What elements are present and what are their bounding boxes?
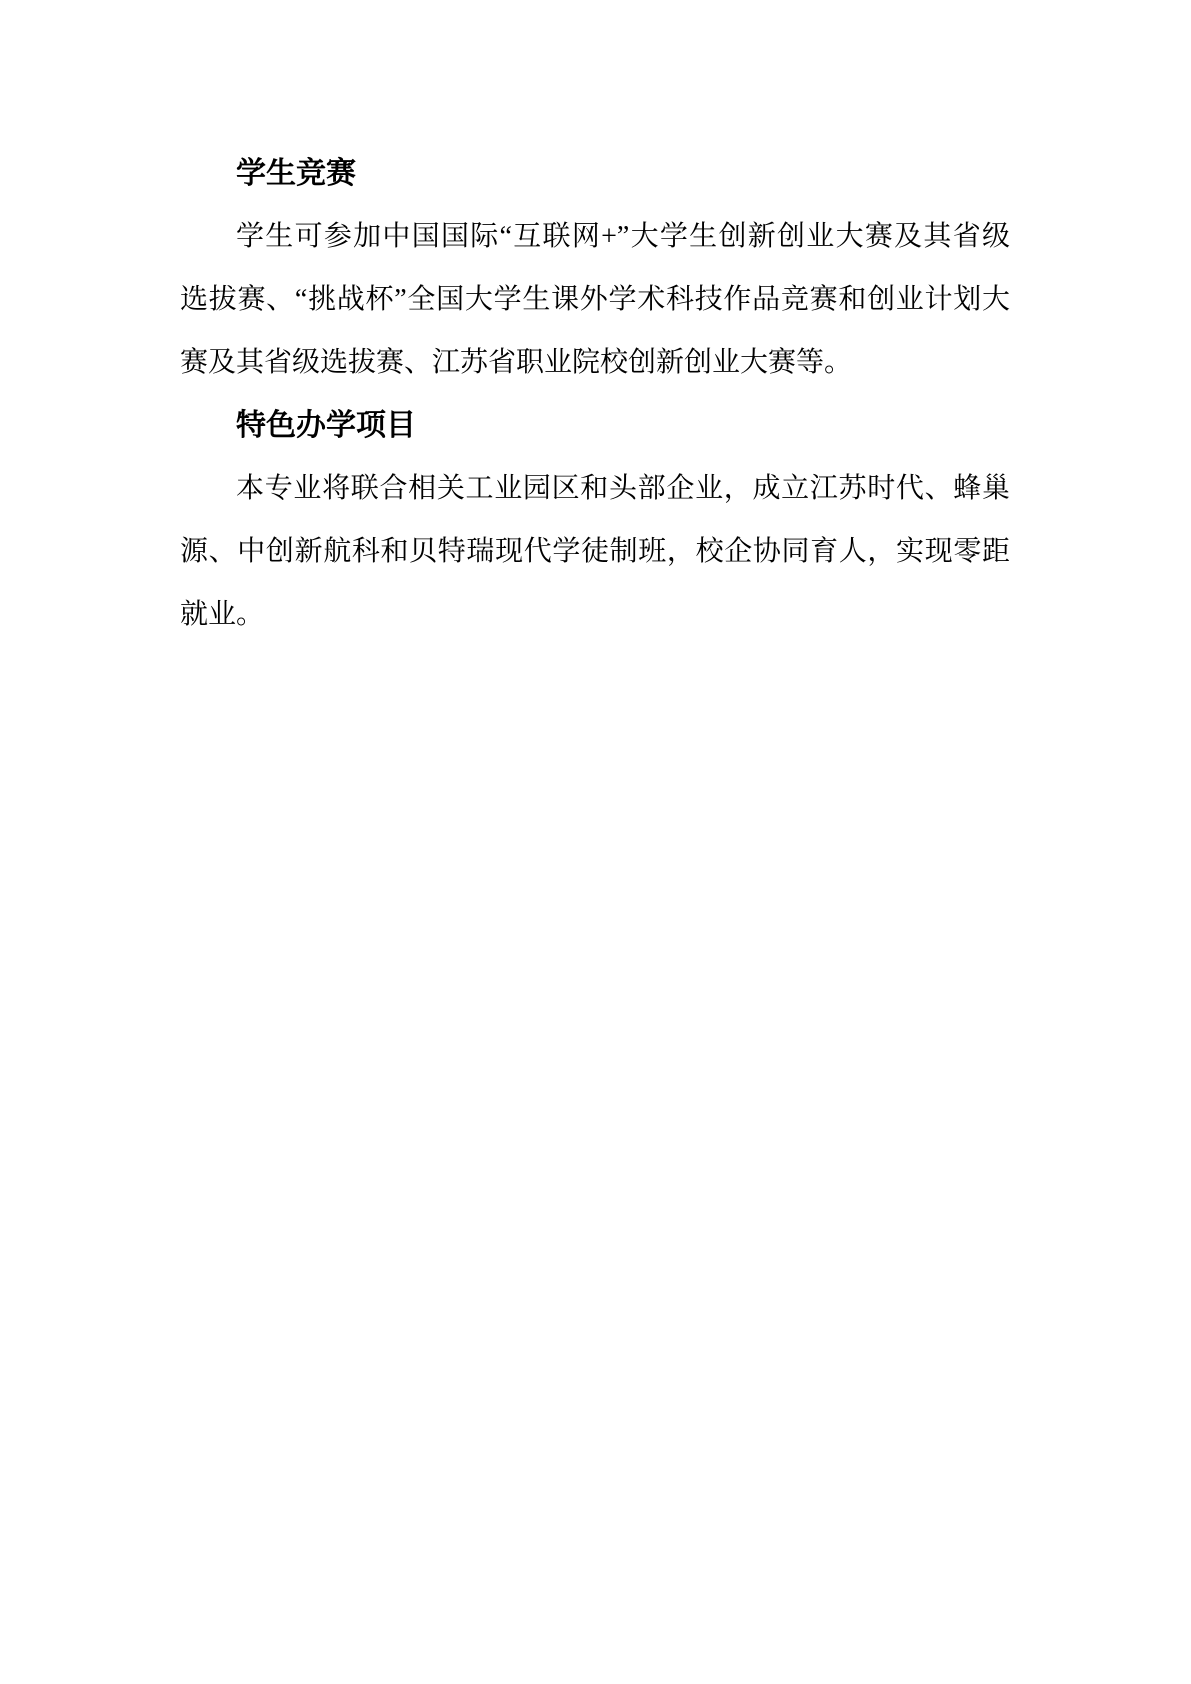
document-page: 学生竞赛 学生可参加中国国际“互联网+”大学生创新创业大赛及其省级 选拔赛、“挑…	[0, 0, 1191, 1684]
paragraph1-line1: 学生可参加中国国际“互联网+”大学生创新创业大赛及其省级	[180, 205, 1010, 268]
heading-student-competitions: 学生竞赛	[180, 142, 1010, 205]
document-body: 学生竞赛 学生可参加中国国际“互联网+”大学生创新创业大赛及其省级 选拔赛、“挑…	[180, 142, 1010, 646]
paragraph2-line3: 就业。	[180, 583, 1010, 646]
heading-featured-programs: 特色办学项目	[180, 394, 1010, 457]
paragraph1-line3: 赛及其省级选拔赛、江苏省职业院校创新创业大赛等。	[180, 331, 1010, 394]
paragraph2-line2: 源、中创新航科和贝特瑞现代学徒制班，校企协同育人，实现零距离	[180, 520, 1010, 583]
paragraph1-line2: 选拔赛、“挑战杯”全国大学生课外学术科技作品竞赛和创业计划大	[180, 268, 1010, 331]
paragraph2-line1: 本专业将联合相关工业园区和头部企业，成立江苏时代、蜂巢能	[180, 457, 1010, 520]
